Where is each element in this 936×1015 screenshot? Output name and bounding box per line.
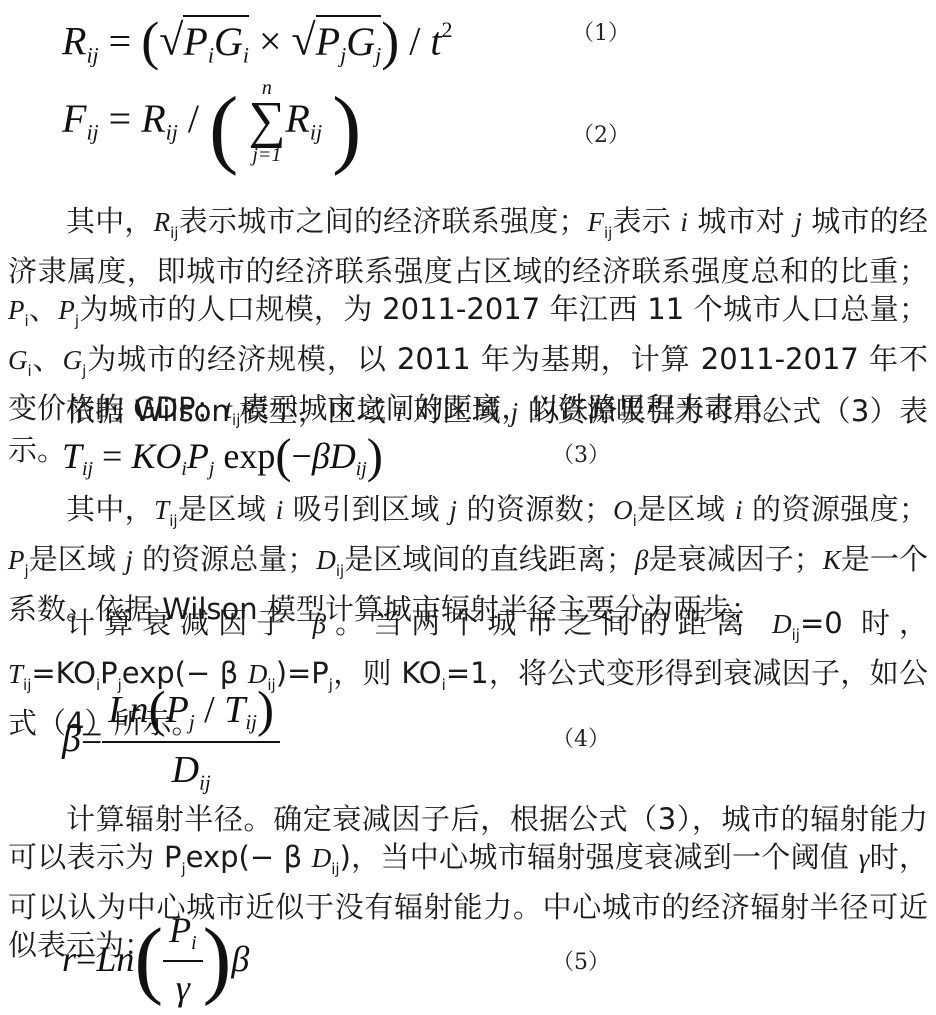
summand: Rij <box>285 96 322 141</box>
function: Ln <box>96 939 134 979</box>
text: =0 时， <box>800 606 928 640</box>
equation-2: Fij = Rij / ( n ∑ j=1 Rij ) <box>62 78 361 173</box>
symbol: β <box>312 436 330 476</box>
paren: ( <box>275 429 291 483</box>
symbol: G <box>346 19 375 64</box>
text: 表示 <box>612 204 680 238</box>
paren: ) <box>203 911 232 1007</box>
symbol: K <box>823 545 841 575</box>
equation-3: Tij = KOiPj exp(−βDij) <box>62 432 383 481</box>
equation-number-2: （2） <box>572 118 630 149</box>
subscript: ij <box>356 458 367 480</box>
symbol: P <box>187 436 209 476</box>
radicand: PiGi <box>183 15 249 64</box>
numerator: Pi <box>163 912 203 962</box>
subscript: i <box>191 932 197 954</box>
equation-number-4: （4） <box>552 722 610 753</box>
text: 表示城市之间的经济联系强度； <box>178 204 587 238</box>
text: )，当中心城市辐射强度衰减到一个阈值 <box>340 840 859 874</box>
operator: / <box>409 19 420 64</box>
symbol: O <box>613 495 633 525</box>
symbol: D <box>330 436 356 476</box>
denominator: Dij <box>102 743 280 793</box>
symbol: G <box>214 19 243 64</box>
symbol: P <box>169 910 191 950</box>
operator: / <box>204 689 215 731</box>
subscript: ij <box>331 860 339 878</box>
symbol: T <box>8 659 23 689</box>
symbol: R <box>62 19 86 64</box>
text: 的资源数； <box>457 492 613 526</box>
text: 其中， <box>66 204 154 238</box>
text: 是区域 <box>29 542 126 576</box>
symbol: O <box>155 436 181 476</box>
symbol: β <box>313 609 326 639</box>
symbol: R <box>154 207 171 237</box>
symbol: G <box>63 345 83 375</box>
text: ，则 KO <box>333 656 442 690</box>
paren: ) <box>367 429 383 483</box>
symbol: P <box>316 19 340 64</box>
symbol: D <box>172 749 199 791</box>
text: 的资源强度； <box>742 492 928 526</box>
subscript: ij <box>336 562 344 580</box>
subscript: ij <box>199 771 211 795</box>
equation-4: β= Ln(Pj / Tij) Dij <box>62 684 280 794</box>
sqrt-sign: √ <box>292 16 316 65</box>
symbol: j <box>794 207 802 237</box>
text: 依据 Wilson 模型，区域 <box>66 394 396 428</box>
symbol: γ <box>859 843 870 873</box>
equation-number-3: （3） <box>552 438 610 469</box>
subscript: i <box>243 42 249 67</box>
text: 的资源总量； <box>133 542 317 576</box>
symbol: β <box>62 718 81 760</box>
symbol: P <box>8 295 25 325</box>
symbol: β <box>635 545 648 575</box>
equation-number-1: （1） <box>572 16 630 47</box>
lhs: Fij = Rij / <box>62 99 199 144</box>
subscript: ij <box>82 458 93 480</box>
symbol: T <box>224 689 245 731</box>
text: 其中， <box>66 492 154 526</box>
text: )=P <box>276 656 329 690</box>
subscript: ij <box>310 120 322 145</box>
subscript: ij <box>86 42 98 67</box>
text: 是衰减因子； <box>648 542 822 576</box>
superscript: 2 <box>441 17 452 42</box>
symbol: F <box>587 207 604 237</box>
summation: n ∑ j=1 <box>248 78 285 165</box>
symbol: i <box>680 207 688 237</box>
operator: = <box>102 436 122 476</box>
function: Ln <box>108 689 148 731</box>
symbol: γ <box>176 968 190 1008</box>
symbol: T <box>154 495 169 525</box>
symbol: R <box>285 96 309 141</box>
symbol: F <box>62 96 86 141</box>
subscript: ij <box>166 120 178 145</box>
text: exp(− β <box>186 840 312 874</box>
fraction: Ln(Pj / Tij) Dij <box>102 684 280 794</box>
radicand: PjGj <box>316 15 382 64</box>
symbol: P <box>183 19 207 64</box>
symbol: P <box>8 545 25 575</box>
paren: ) <box>381 11 399 71</box>
paren: ( <box>134 911 163 1007</box>
symbol: R <box>141 96 165 141</box>
function: exp <box>223 436 275 476</box>
operator: = <box>81 718 102 760</box>
numerator: Ln(Pj / Tij) <box>102 684 280 743</box>
operator: × <box>259 19 282 64</box>
subscript: ij <box>245 710 257 734</box>
symbol: T <box>62 436 82 476</box>
sigma-sign: ∑ <box>248 98 285 145</box>
text: 吸引到区域 <box>283 492 449 526</box>
paren: ( <box>209 80 238 177</box>
text: 为城市的人口规模，为 2011-2017 年江西 11 个城市人口总量； <box>79 292 928 326</box>
subscript: j <box>209 458 215 480</box>
denominator: γ <box>163 962 203 1006</box>
text: 。当两个城市之间的距离 <box>326 606 772 640</box>
text: 是区域 <box>637 492 735 526</box>
text: 计算衰减因子 <box>66 606 313 640</box>
lower-limit: j=1 <box>248 145 285 165</box>
symbol: β <box>231 939 249 979</box>
symbol: j <box>511 397 519 427</box>
symbol: j <box>449 495 457 525</box>
equation-5: r=Ln( Pi γ )β <box>62 912 249 1006</box>
symbol: r <box>62 939 76 979</box>
text: 对区域 <box>403 394 510 428</box>
operator: = <box>109 19 132 64</box>
text: 城市对 <box>688 204 795 238</box>
equation-1: Rij = (√PiGi × √PjGj) / t2 <box>62 14 452 68</box>
symbol: D <box>316 545 336 575</box>
operator: / <box>188 96 199 141</box>
paren: ) <box>332 80 361 177</box>
text: 、 <box>29 292 59 326</box>
operator: = <box>109 96 132 141</box>
symbol: P <box>58 295 75 325</box>
subscript: ij <box>169 512 177 530</box>
fraction: Pi γ <box>163 912 203 1006</box>
symbol: K <box>131 436 155 476</box>
paren: ) <box>257 681 274 738</box>
symbol: j <box>125 545 133 575</box>
text: 是区域间的直线距离； <box>344 542 635 576</box>
subscript: ij <box>792 626 800 644</box>
text: 、 <box>32 342 63 376</box>
paren: ( <box>149 681 166 738</box>
subscript: ij <box>86 120 98 145</box>
equation-number-5: （5） <box>552 945 610 976</box>
symbol: P <box>166 689 189 731</box>
operator: − <box>292 436 312 476</box>
symbol: D <box>312 843 332 873</box>
operator: = <box>76 939 96 979</box>
symbol: D <box>772 609 792 639</box>
paren: ( <box>141 11 159 71</box>
symbol: t <box>430 19 441 64</box>
symbol: G <box>8 345 28 375</box>
text: 是区域 <box>178 492 276 526</box>
subscript: j <box>189 710 195 734</box>
sqrt-sign: √ <box>159 16 183 65</box>
